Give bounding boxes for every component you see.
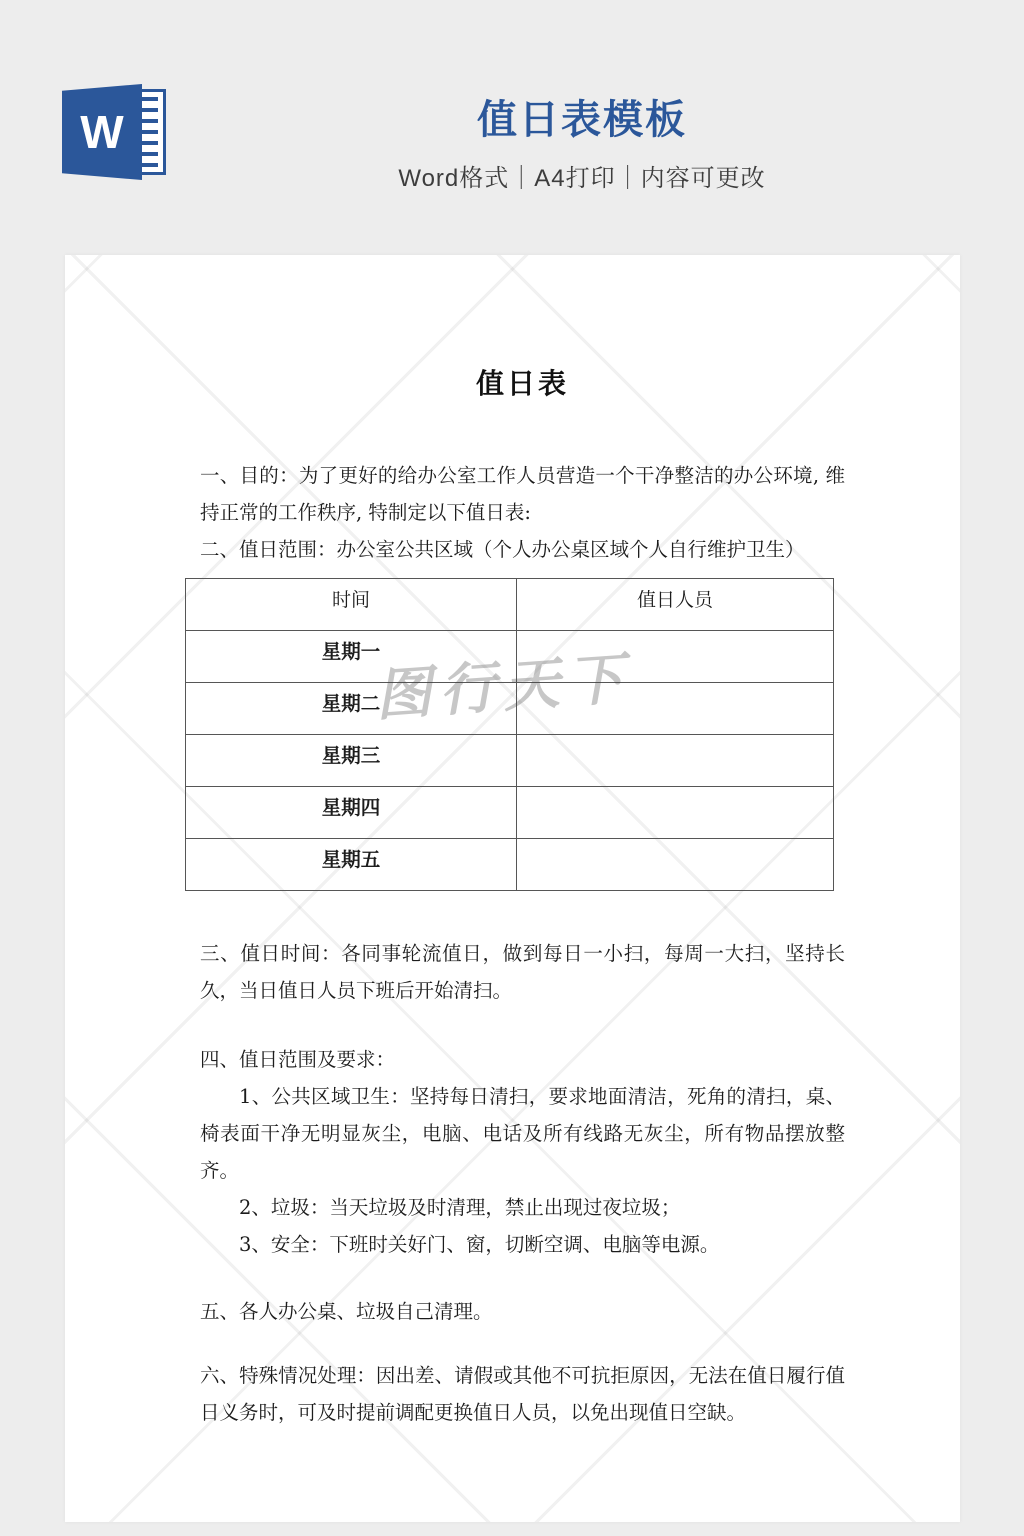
word-logo-icon: W (62, 84, 166, 180)
col-header-time: 时间 (186, 579, 517, 631)
table-row-monday: 星期一 (186, 631, 834, 683)
template-header: W 值日表模板 Word格式｜A4打印｜内容可更改 (0, 0, 1024, 255)
table-row-thursday: 星期四 (186, 787, 834, 839)
person-cell (517, 683, 834, 735)
para-personal-desk: 五、各人办公桌、垃圾自己清理。 (200, 1293, 845, 1330)
table-row-wednesday: 星期三 (186, 735, 834, 787)
para-requirements-head: 四、值日范围及要求： (200, 1041, 845, 1078)
para-requirement-1: 1、公共区域卫生：坚持每日清扫，要求地面清洁，死角的清扫，桌、椅表面干净无明显灰… (200, 1078, 845, 1189)
word-logo-letter: W (80, 105, 123, 159)
person-cell (517, 735, 834, 787)
day-cell: 星期二 (186, 683, 517, 735)
person-cell (517, 839, 834, 891)
document-content: 值日表 一、目的：为了更好的给办公室工作人员营造一个干净整洁的办公环境, 维持正… (65, 255, 960, 1431)
para-requirement-2: 2、垃圾：当天垃圾及时清理，禁止出现过夜垃圾； (200, 1189, 845, 1226)
day-cell: 星期三 (186, 735, 517, 787)
para-special-cases: 六、特殊情况处理：因出差、请假或其他不可抗拒原因，无法在值日履行值日义务时，可及… (200, 1357, 845, 1431)
para-requirement-3: 3、安全：下班时关好门、窗，切断空调、电脑等电源。 (200, 1226, 845, 1263)
table-row-tuesday: 星期二 (186, 683, 834, 735)
day-cell: 星期一 (186, 631, 517, 683)
para-purpose: 一、目的：为了更好的给办公室工作人员营造一个干净整洁的办公环境, 维持正常的工作… (200, 457, 845, 531)
table-header-row: 时间 值日人员 (186, 579, 834, 631)
word-logo-panel: W (62, 84, 142, 180)
para-duty-time: 三、值日时间：各同事轮流值日，做到每日一小扫，每周一大扫，坚持长久，当日值日人员… (200, 935, 845, 1009)
template-subtitle: Word格式｜A4打印｜内容可更改 (170, 158, 994, 193)
table-row-friday: 星期五 (186, 839, 834, 891)
header-text-block: 值日表模板 Word格式｜A4打印｜内容可更改 (170, 88, 994, 193)
day-cell: 星期四 (186, 787, 517, 839)
doc-title: 值日表 (200, 367, 845, 401)
para-scope: 二、值日范围：办公室公共区域（个人办公桌区域个人自行维护卫生） (200, 531, 845, 568)
day-cell: 星期五 (186, 839, 517, 891)
person-cell (517, 787, 834, 839)
template-title: 值日表模板 (170, 88, 994, 145)
document-page: 图行天下 值日表 一、目的：为了更好的给办公室工作人员营造一个干净整洁的办公环境… (65, 255, 960, 1522)
duty-table: 时间 值日人员 星期一 星期二 星期三 星期四 (185, 578, 834, 891)
person-cell (517, 631, 834, 683)
col-header-person: 值日人员 (517, 579, 834, 631)
